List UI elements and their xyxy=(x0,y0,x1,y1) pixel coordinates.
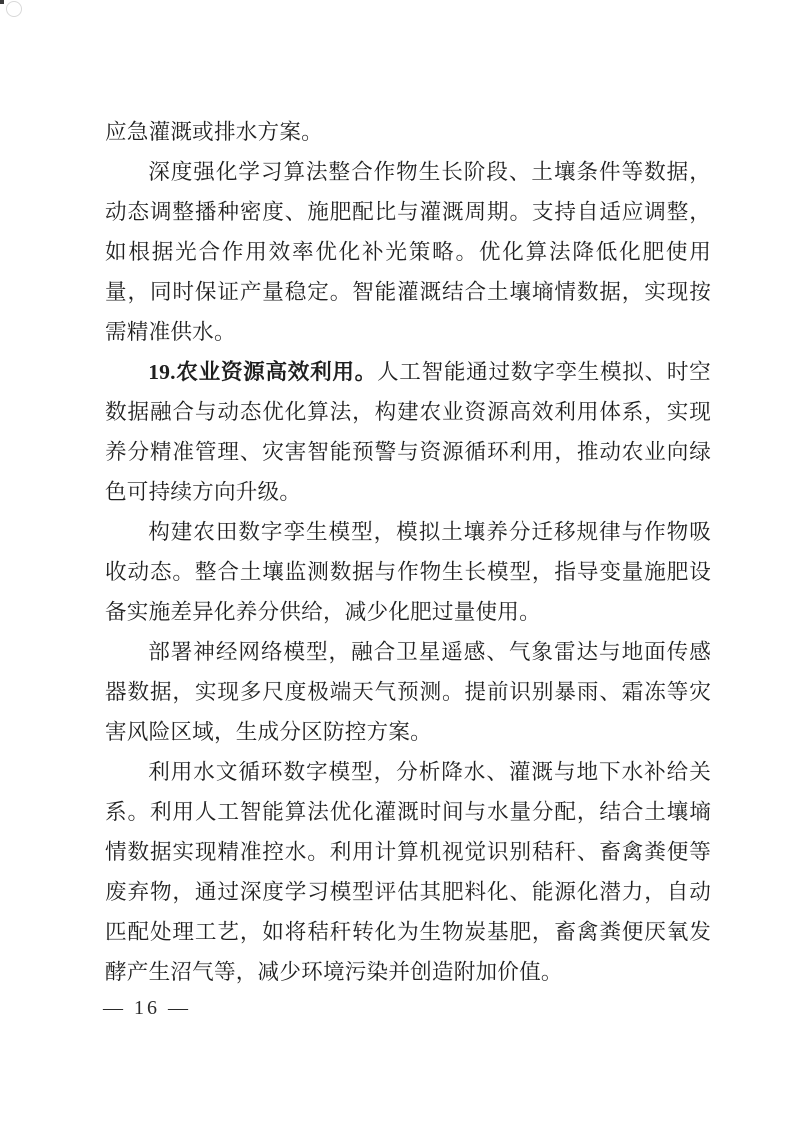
paragraph: 利用水文循环数字模型，分析降水、灌溉与地下水补给关系。利用人工智能算法优化灌溉时… xyxy=(105,752,711,992)
paragraph: 部署神经网络模型，融合卫星遥感、气象雷达与地面传感器数据，实现多尺度极端天气预测… xyxy=(105,632,711,752)
paragraph-text: 应急灌溉或排水方案。 xyxy=(105,120,323,144)
paragraph-text: 利用水文循环数字模型，分析降水、灌溉与地下水补给关系。利用人工智能算法优化灌溉时… xyxy=(105,760,711,984)
paragraph: 深度强化学习算法整合作物生长阶段、土壤条件等数据，动态调整播种密度、施肥配比与灌… xyxy=(105,152,711,352)
paragraph-text: 深度强化学习算法整合作物生长阶段、土壤条件等数据，动态调整播种密度、施肥配比与灌… xyxy=(105,160,711,344)
section-heading: 19.农业资源高效利用。 xyxy=(148,360,377,384)
scan-dot-artifact xyxy=(0,0,4,4)
page-number: — 16 — xyxy=(103,994,191,1022)
paragraph: 构建农田数字孪生模型，模拟土壤养分迁移规律与作物吸收动态。整合土壤监测数据与作物… xyxy=(105,512,711,632)
paragraph-text: 部署神经网络模型，融合卫星遥感、气象雷达与地面传感器数据，实现多尺度极端天气预测… xyxy=(105,640,711,744)
paragraph-text: 构建农田数字孪生模型，模拟土壤养分迁移规律与作物吸收动态。整合土壤监测数据与作物… xyxy=(105,520,711,624)
document-body: 应急灌溉或排水方案。 深度强化学习算法整合作物生长阶段、土壤条件等数据，动态调整… xyxy=(105,112,711,992)
scan-circle-artifact xyxy=(6,1,22,17)
document-page: 应急灌溉或排水方案。 深度强化学习算法整合作物生长阶段、土壤条件等数据，动态调整… xyxy=(0,0,794,1123)
paragraph-continuation: 应急灌溉或排水方案。 xyxy=(105,112,711,152)
paragraph-section-19: 19.农业资源高效利用。人工智能通过数字孪生模拟、时空数据融合与动态优化算法，构… xyxy=(105,352,711,512)
